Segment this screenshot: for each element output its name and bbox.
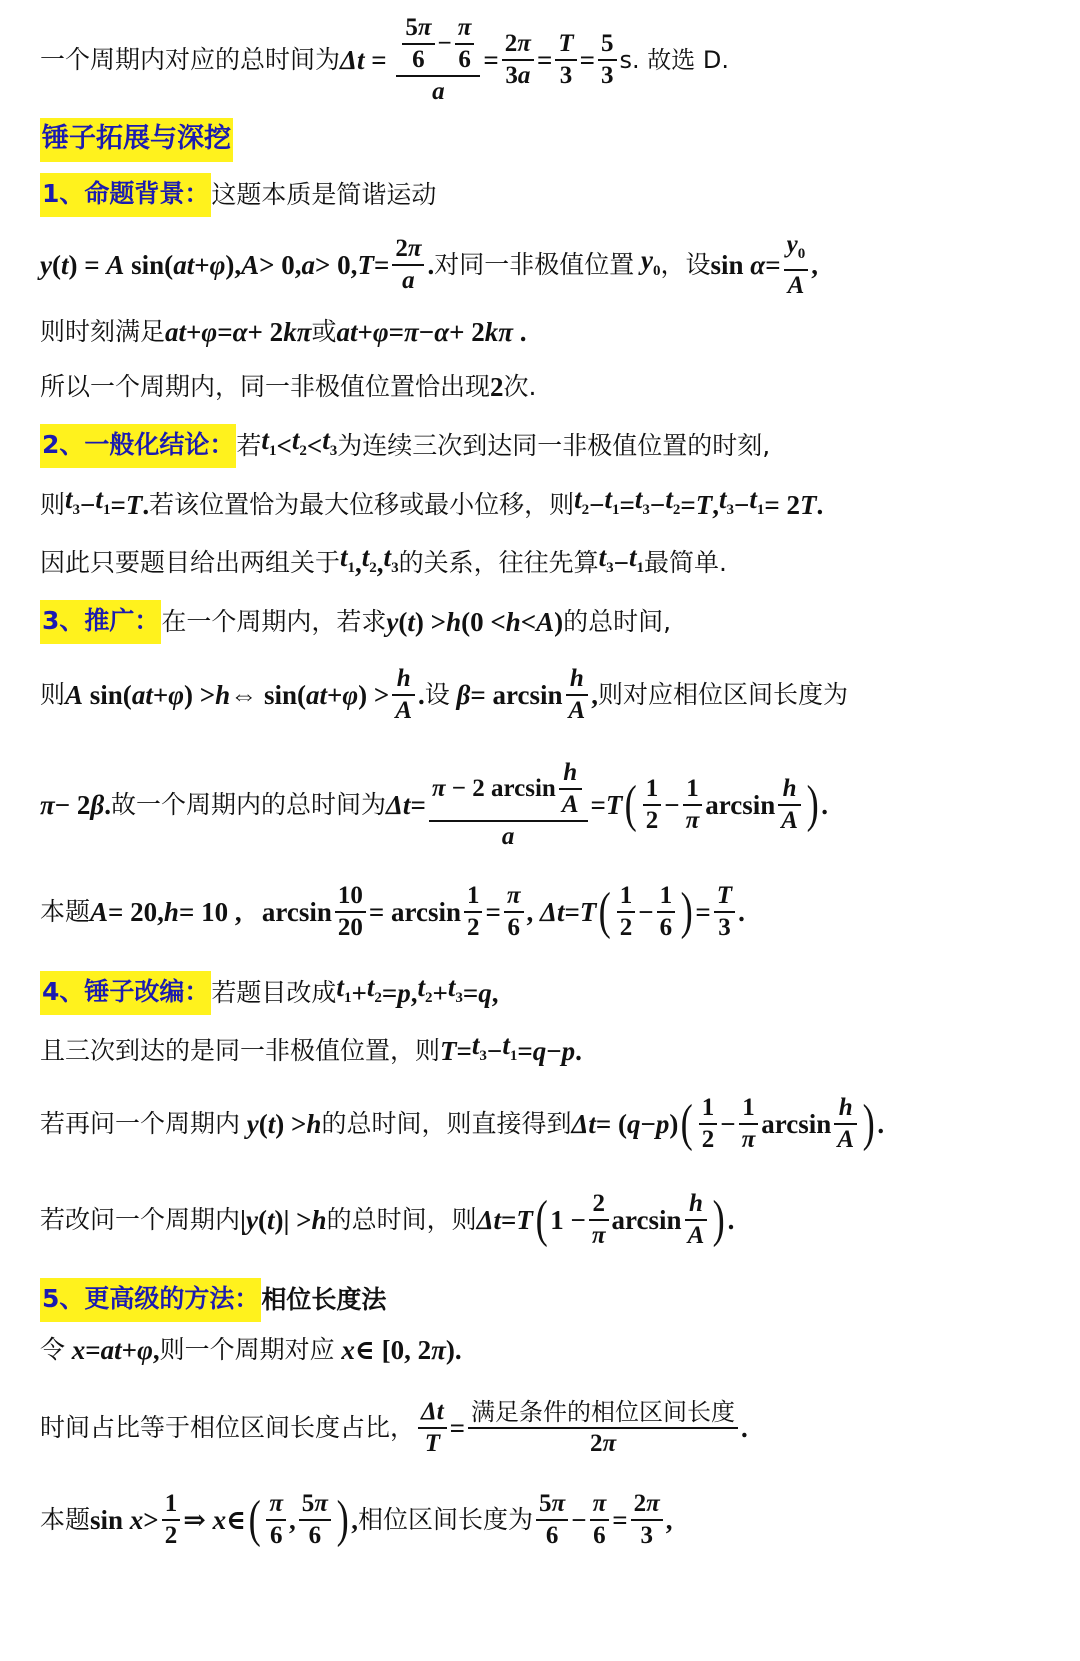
s2-line2: 则 t3 − t1 = T. 若该位置恰为最大位移或最小位移，则 t2 − t1… — [40, 482, 823, 527]
text: 若再问一个周期内 — [40, 1107, 240, 1141]
s1-formula: y(t) = A sin(at + φ), A > 0, a > 0, T = … — [40, 235, 818, 295]
s2-line3: 因此只要题目给出两组关于 t1, t2, t3 的关系，往往先算 t3 − t1… — [40, 540, 727, 585]
text: 因此只要题目给出两组关于 — [40, 546, 340, 580]
s1-line3: 则时刻满足 at + φ = α + 2kπ 或 at + φ = π − α … — [40, 315, 527, 349]
section-heading: 锤子拓展与深挖 — [40, 118, 233, 162]
text: 本题 — [40, 895, 90, 929]
text: 或 — [311, 315, 336, 349]
s5-line3: 本题 sin x > 12⇒ x ∈ ( π6, 5π6), 相位区间长度为 5… — [40, 1488, 673, 1552]
text: 时间占比等于相位区间长度占比， — [40, 1411, 415, 1445]
s5-line1: 令 x = at + φ, 则一个周期对应 x ∈ [0, 2π). — [40, 1333, 462, 1367]
text: 的总时间，则 — [327, 1203, 477, 1237]
text: 相位区间长度为 — [358, 1503, 533, 1537]
text: 设 — [425, 678, 450, 712]
s4-line4: 若改问一个周期内 |y(t)| > h 的总时间，则 Δt = T(1 − 2π… — [40, 1188, 734, 1252]
s4-line3: 若再问一个周期内 y(t) > h 的总时间，则直接得到 Δt = (q − p… — [40, 1092, 884, 1156]
text: 次. — [504, 370, 537, 404]
line-total-time: 一个周期内对应的总时间为 Δt = 5π6 − π6 a = 2π3a = T3… — [40, 20, 729, 100]
s4-title: 4、锤子改编： 若题目改成 t1 + t2 = p, t2 + t3 = q, — [40, 970, 499, 1015]
s3-line4: 本题 A = 20, h = 10 , arcsin 1020= arcsin … — [40, 880, 745, 944]
text: 则对应相位区间长度为 — [598, 678, 848, 712]
text: 本题 — [40, 1503, 90, 1537]
text: 若题目改成 — [211, 976, 336, 1010]
text: 令 — [40, 1333, 65, 1367]
text: 则 — [40, 678, 65, 712]
s2-title: 2、一般化结论： 若 t1 < t2 < t3 为连续三次到达同一非极值位置的时… — [40, 423, 770, 468]
text: 对同一非极值位置 — [434, 248, 634, 282]
text: ，设 — [660, 248, 710, 282]
s1-text: 这题本质是简谐运动 — [211, 178, 436, 212]
text: 且三次到达的是同一非极值位置，则 — [40, 1034, 440, 1068]
text: 若该位置恰为最大位移或最小位移，则 — [149, 488, 574, 522]
text: 若改问一个周期内 — [40, 1203, 240, 1237]
count: 2 — [490, 370, 504, 404]
text: 的总时间，则直接得到 — [321, 1107, 571, 1141]
text: 的关系，往往先算 — [399, 546, 599, 580]
text: 则一个周期对应 — [160, 1333, 335, 1367]
s5-label: 5、更高级的方法： — [40, 1278, 261, 1322]
text: 在一个周期内，若求 — [161, 605, 386, 639]
text: 若 — [236, 429, 261, 463]
heading-label: 锤子拓展与深挖 — [40, 118, 233, 162]
s3-label: 3、推广： — [40, 600, 161, 644]
s2-label: 2、一般化结论： — [40, 424, 236, 468]
text: 则时刻满足 — [40, 315, 165, 349]
text: 一个周期内对应的总时间为 — [40, 43, 340, 77]
s5-line2: 时间占比等于相位区间长度占比， ΔtT= 满足条件的相位区间长度2π. — [40, 1396, 748, 1460]
s3-title: 3、推广： 在一个周期内，若求 y(t) > h(0 < h < A) 的总时间… — [40, 600, 671, 644]
text: 故一个周期内的总时间为 — [111, 788, 386, 822]
text: 则 — [40, 488, 65, 522]
s1-title: 1、命题背景： 这题本质是简谐运动 — [40, 173, 436, 217]
text: 所以一个周期内，同一非极值位置恰出现 — [40, 370, 490, 404]
s5-label2: 相位长度法 — [261, 1283, 386, 1317]
text: 为连续三次到达同一非极值位置的时刻, — [337, 429, 770, 463]
s4-label: 4、锤子改编： — [40, 971, 211, 1015]
s1-line4: 所以一个周期内，同一非极值位置恰出现 2 次. — [40, 370, 536, 404]
tail: s. 故选 D. — [620, 43, 730, 77]
fraction: 5π6 − π6 a — [396, 13, 480, 107]
s4-line2: 且三次到达的是同一非极值位置，则 T = t3 − t1 = q − p. — [40, 1028, 582, 1073]
text: 的总时间, — [563, 605, 671, 639]
s5-title: 5、更高级的方法： 相位长度法 — [40, 1278, 386, 1322]
s3-line3: π − 2β. 故一个周期内的总时间为 Δt = π − 2 arcsinhA … — [40, 755, 828, 855]
numerator: 满足条件的相位区间长度 — [468, 1397, 738, 1427]
text: 最简单. — [644, 546, 727, 580]
s3-line2: 则 A sin(at + φ) > h ⇔ sin(at + φ) > hA. … — [40, 665, 848, 725]
s1-label: 1、命题背景： — [40, 173, 211, 217]
